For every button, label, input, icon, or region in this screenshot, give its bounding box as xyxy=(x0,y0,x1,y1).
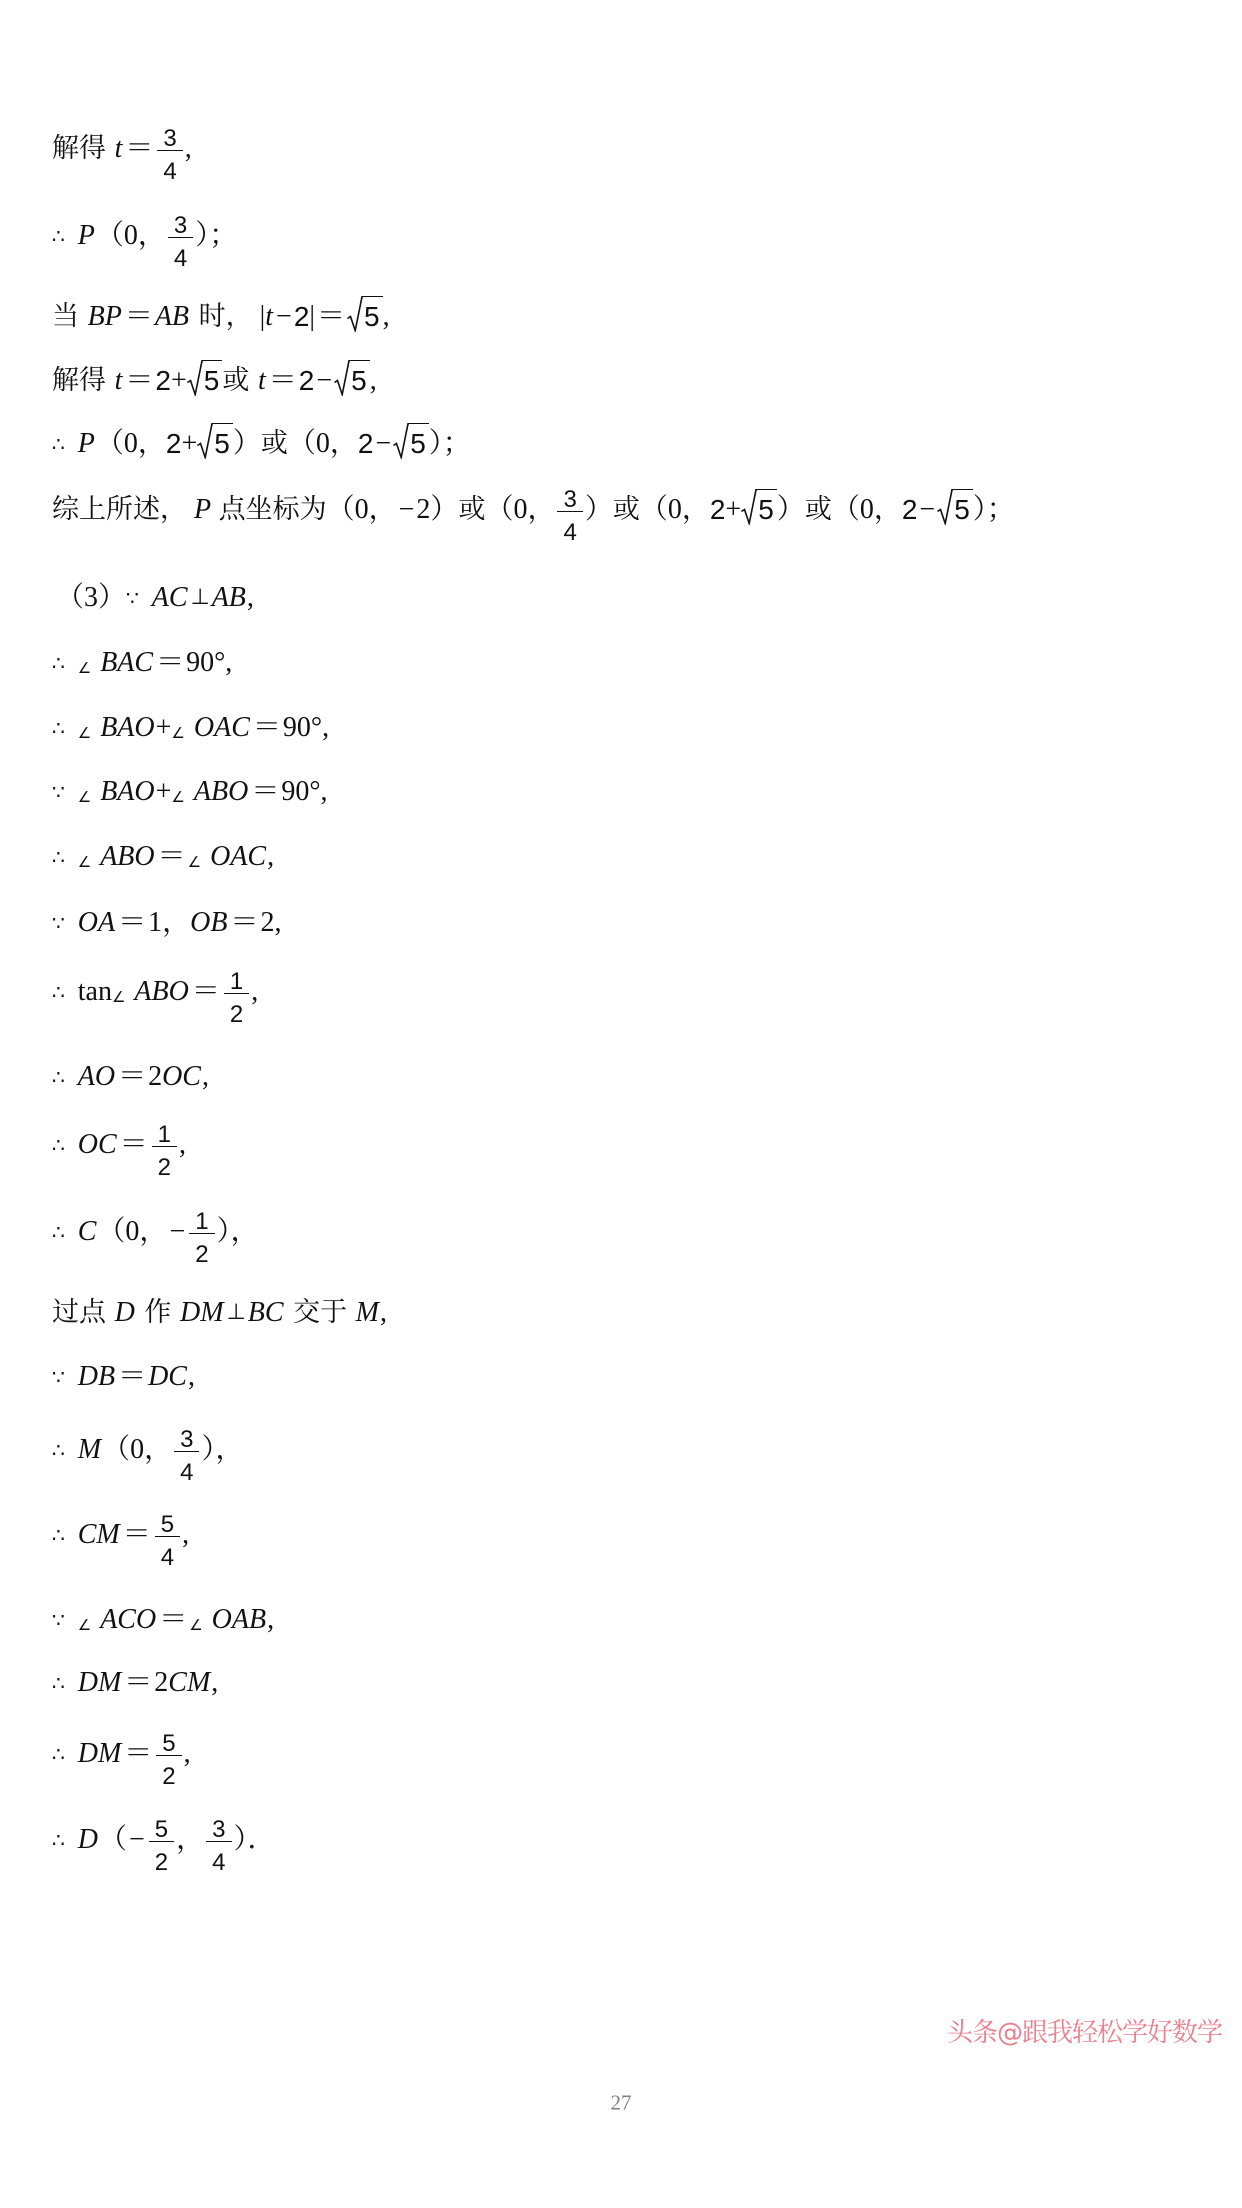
math-text: ， xyxy=(176,1823,204,1857)
math-variable: DM xyxy=(78,1666,123,1700)
fraction: 52 xyxy=(149,1818,174,1874)
chinese-text: 或 xyxy=(613,494,640,526)
square-root: 5 xyxy=(937,489,973,525)
chinese-text: 或 xyxy=(805,494,832,526)
math-variable: OAC xyxy=(210,840,267,874)
fraction-denominator: 2 xyxy=(189,1234,214,1266)
therefore-symbol: ∴ xyxy=(52,1523,65,1547)
math-text: , xyxy=(247,581,254,615)
fraction-denominator: 2 xyxy=(152,1147,177,1179)
therefore-symbol: ∴ xyxy=(52,980,65,1004)
math-text: （0， xyxy=(102,1433,172,1467)
fraction-denominator: 4 xyxy=(155,1537,180,1569)
math-variable: ACO xyxy=(100,1603,157,1637)
chinese-text: 当 xyxy=(52,301,88,333)
math-text: , xyxy=(184,1737,191,1771)
fraction-numerator: 5 xyxy=(149,1818,174,1841)
math-number: 2 xyxy=(166,427,182,461)
angle-symbol: ∠ xyxy=(171,788,184,806)
math-variable: BAO xyxy=(100,711,155,745)
math-operator: ＝ xyxy=(118,1060,146,1094)
radicand: 5 xyxy=(203,360,223,396)
math-operator: − xyxy=(919,493,935,527)
math-operator: ＝ xyxy=(120,1128,148,1162)
angle-symbol: ∠ xyxy=(78,659,91,677)
math-variable: CM xyxy=(78,1518,121,1552)
radical-sign-icon xyxy=(741,489,757,525)
math-operator: ＝ xyxy=(124,1737,152,1771)
square-root: 5 xyxy=(197,423,233,459)
chinese-text: 点坐标为 xyxy=(219,494,327,526)
document-page: 解得 t＝34,∴P（0，34）；当 BP＝AB 时， |t−2|＝5,解得 t… xyxy=(0,0,1242,2208)
chinese-text: 综上所述， xyxy=(52,494,187,526)
math-variable: OC xyxy=(78,1128,118,1162)
math-variable: DM xyxy=(78,1737,123,1771)
math-variable: OB xyxy=(190,906,228,940)
fraction: 12 xyxy=(152,1123,177,1179)
math-number: 2 xyxy=(358,427,374,461)
therefore-symbol: ∴ xyxy=(52,651,65,675)
fraction-numerator: 3 xyxy=(174,1428,199,1451)
fraction-numerator: 3 xyxy=(557,488,582,511)
math-variable: t xyxy=(258,364,267,398)
fraction-denominator: 2 xyxy=(224,994,249,1026)
therefore-symbol: ∴ xyxy=(52,1133,65,1157)
math-variable: M xyxy=(356,1296,380,1330)
math-variable: OAC xyxy=(194,711,251,745)
math-text: , xyxy=(211,1666,218,1700)
math-text: 2 xyxy=(148,1060,162,1094)
radicand: 5 xyxy=(409,423,429,459)
math-operator: − xyxy=(316,364,332,398)
math-text: , xyxy=(185,132,192,166)
math-text: 90°, xyxy=(281,775,327,809)
angle-symbol: ∠ xyxy=(171,724,184,742)
math-text: 2 xyxy=(154,1666,168,1700)
math-variable: AC xyxy=(152,581,189,615)
math-operator: ＝ xyxy=(125,300,153,334)
math-text: （0， xyxy=(288,427,358,461)
math-text: ）． xyxy=(234,1823,276,1857)
math-text: （0， xyxy=(485,493,555,527)
perpendicular-symbol: ⊥ xyxy=(191,585,210,611)
math-text: ） xyxy=(585,493,613,527)
math-operator: − xyxy=(276,300,292,334)
math-operator: ＝ xyxy=(253,711,281,745)
math-text: 90°, xyxy=(186,646,232,680)
math-text: 2） xyxy=(416,493,458,527)
math-operator: ＝ xyxy=(123,1518,151,1552)
math-text: , xyxy=(267,840,274,874)
fraction-numerator: 1 xyxy=(224,970,249,993)
math-number: 2 xyxy=(902,493,918,527)
fraction: 12 xyxy=(189,1210,214,1266)
because-symbol: ∵ xyxy=(52,780,65,804)
math-variable: BC xyxy=(248,1296,285,1330)
because-symbol: ∵ xyxy=(52,1608,65,1632)
fraction-denominator: 2 xyxy=(156,1756,181,1788)
fraction-denominator: 4 xyxy=(168,238,193,270)
math-text: ）， xyxy=(201,1433,243,1467)
math-variable: OAB xyxy=(212,1603,267,1637)
math-variable: DC xyxy=(148,1360,188,1394)
math-text: 2, xyxy=(260,906,281,940)
fraction-denominator: 4 xyxy=(557,512,582,544)
square-root: 5 xyxy=(347,296,383,332)
chinese-text: 解得 xyxy=(52,365,115,397)
chinese-text: 解得 xyxy=(52,133,115,165)
math-operator: ＝ xyxy=(156,646,184,680)
math-text: （0， xyxy=(96,427,166,461)
math-variable: CM xyxy=(168,1666,211,1700)
math-operator: ＝ xyxy=(230,906,258,940)
math-variable: t xyxy=(115,364,124,398)
square-root: 5 xyxy=(334,360,370,396)
radical-sign-icon xyxy=(334,360,350,396)
chinese-text: 交于 xyxy=(285,1297,356,1329)
math-variable: AB xyxy=(155,300,190,334)
math-text: （0， xyxy=(327,493,397,527)
because-symbol: ∵ xyxy=(52,1365,65,1389)
because-symbol: ∵ xyxy=(126,586,139,610)
fraction-numerator: 1 xyxy=(189,1210,214,1233)
math-text: （0， xyxy=(640,493,710,527)
angle-symbol: ∠ xyxy=(189,1616,202,1634)
therefore-symbol: ∴ xyxy=(52,1671,65,1695)
math-variable: BAC xyxy=(100,646,154,680)
math-operator: ＝ xyxy=(124,1666,152,1700)
therefore-symbol: ∴ xyxy=(52,1742,65,1766)
math-operator: ＝ xyxy=(159,1603,187,1637)
math-variable: D xyxy=(115,1296,136,1330)
math-text: tan xyxy=(78,975,112,1009)
math-text: （3） xyxy=(56,581,126,615)
math-operator: ＝ xyxy=(125,132,153,166)
fraction-numerator: 1 xyxy=(152,1123,177,1146)
math-text: + xyxy=(725,493,741,527)
math-variable: DM xyxy=(180,1296,225,1330)
fraction: 54 xyxy=(155,1513,180,1569)
fraction-denominator: 4 xyxy=(157,151,182,183)
fraction-denominator: 4 xyxy=(206,1842,231,1874)
math-operator: − xyxy=(129,1823,145,1857)
chinese-text: 作 xyxy=(136,1297,180,1329)
math-operator: ＝ xyxy=(125,364,153,398)
math-variable: t xyxy=(115,132,124,166)
math-operator: ＝ xyxy=(269,364,297,398)
math-text: + xyxy=(171,364,187,398)
math-text: + xyxy=(156,775,172,809)
math-text: + xyxy=(181,427,197,461)
math-text: | xyxy=(309,300,315,334)
math-variable: BAO xyxy=(100,775,155,809)
therefore-symbol: ∴ xyxy=(52,224,65,248)
therefore-symbol: ∴ xyxy=(52,1220,65,1244)
math-variable: OC xyxy=(162,1060,202,1094)
math-variable: t xyxy=(265,300,274,334)
math-variable: P xyxy=(78,219,96,253)
math-variable: BP xyxy=(88,300,123,334)
math-number: 2 xyxy=(299,364,315,398)
math-text: （0， xyxy=(97,1215,167,1249)
math-text: + xyxy=(156,711,172,745)
fraction: 34 xyxy=(206,1818,231,1874)
radical-sign-icon xyxy=(187,360,203,396)
math-number: 2 xyxy=(710,493,726,527)
fraction-numerator: 3 xyxy=(206,1818,231,1841)
math-variable: AB xyxy=(212,581,247,615)
fraction-numerator: 3 xyxy=(168,214,193,237)
math-operator: − xyxy=(375,427,391,461)
math-text: （0， xyxy=(96,219,166,253)
therefore-symbol: ∴ xyxy=(52,716,65,740)
math-number: 2 xyxy=(294,300,310,334)
square-root: 5 xyxy=(741,489,777,525)
radical-sign-icon xyxy=(937,489,953,525)
math-operator: ＝ xyxy=(118,1360,146,1394)
radicand: 5 xyxy=(213,423,233,459)
fraction: 52 xyxy=(156,1732,181,1788)
radical-sign-icon xyxy=(393,423,409,459)
math-text: （0， xyxy=(832,493,902,527)
math-variable: D xyxy=(78,1823,99,1857)
math-text: ）； xyxy=(973,493,1015,527)
math-variable: M xyxy=(78,1433,102,1467)
math-operator: − xyxy=(169,1215,185,1249)
math-operator: − xyxy=(399,493,415,527)
fraction: 34 xyxy=(168,214,193,270)
math-text: ）； xyxy=(429,427,471,461)
math-number: 2 xyxy=(155,364,171,398)
perpendicular-symbol: ⊥ xyxy=(227,1300,246,1326)
math-text: , xyxy=(267,1603,274,1637)
fraction: 12 xyxy=(224,970,249,1026)
therefore-symbol: ∴ xyxy=(52,1828,65,1852)
square-root: 5 xyxy=(393,423,429,459)
angle-symbol: ∠ xyxy=(78,788,91,806)
math-text: ）， xyxy=(217,1215,259,1249)
fraction-denominator: 4 xyxy=(174,1452,199,1484)
math-variable: P xyxy=(78,427,96,461)
math-variable: P xyxy=(187,493,219,527)
math-operator: ＝ xyxy=(251,775,279,809)
chinese-text: 或 xyxy=(458,494,485,526)
math-variable: DB xyxy=(78,1360,116,1394)
math-text: , xyxy=(182,1518,189,1552)
therefore-symbol: ∴ xyxy=(52,432,65,456)
radicand: 5 xyxy=(757,489,777,525)
math-text: , xyxy=(202,1060,209,1094)
because-symbol: ∵ xyxy=(52,911,65,935)
angle-symbol: ∠ xyxy=(78,1616,91,1634)
therefore-symbol: ∴ xyxy=(52,1065,65,1089)
chinese-text: 或 xyxy=(261,428,288,460)
math-text: , xyxy=(383,300,390,334)
chinese-text: 或 xyxy=(222,365,258,397)
math-text: , xyxy=(179,1128,186,1162)
math-variable: ABO xyxy=(194,775,249,809)
math-operator: ＝ xyxy=(192,975,220,1009)
math-operator: ＝ xyxy=(158,840,186,874)
fraction: 34 xyxy=(174,1428,199,1484)
chinese-text: 过点 xyxy=(52,1297,115,1329)
math-variable: ABO xyxy=(134,975,189,1009)
fraction-numerator: 5 xyxy=(155,1513,180,1536)
angle-symbol: ∠ xyxy=(112,988,125,1006)
therefore-symbol: ∴ xyxy=(52,1438,65,1462)
math-text: , xyxy=(251,975,258,1009)
math-text: 1， xyxy=(148,906,190,940)
radicand: 5 xyxy=(350,360,370,396)
watermark: 头条@跟我轻松学好数学 xyxy=(947,2020,1222,2046)
math-operator: ＝ xyxy=(317,300,345,334)
therefore-symbol: ∴ xyxy=(52,845,65,869)
radicand: 5 xyxy=(953,489,973,525)
math-variable: OA xyxy=(78,906,116,940)
math-variable: C xyxy=(78,1215,98,1249)
fraction: 34 xyxy=(157,127,182,183)
square-root: 5 xyxy=(187,360,223,396)
math-text: , xyxy=(188,1360,195,1394)
math-text: ）； xyxy=(195,219,237,253)
fraction-numerator: 3 xyxy=(157,127,182,150)
math-text: （ xyxy=(99,1823,127,1857)
math-operator: ＝ xyxy=(118,906,146,940)
math-variable: AO xyxy=(78,1060,116,1094)
math-text: , xyxy=(370,364,377,398)
math-text: , xyxy=(380,1296,387,1330)
chinese-text: 时， xyxy=(190,301,253,333)
radical-sign-icon xyxy=(347,296,363,332)
math-text: 90°, xyxy=(283,711,329,745)
math-variable: ABO xyxy=(100,840,155,874)
math-text: ） xyxy=(777,493,805,527)
fraction-denominator: 2 xyxy=(149,1842,174,1874)
angle-symbol: ∠ xyxy=(78,853,91,871)
fraction-numerator: 5 xyxy=(156,1732,181,1755)
math-text: | xyxy=(253,300,266,334)
fraction: 34 xyxy=(557,488,582,544)
page-number: 27 xyxy=(0,2093,1242,2114)
math-text: ） xyxy=(233,427,261,461)
angle-symbol: ∠ xyxy=(78,724,91,742)
angle-symbol: ∠ xyxy=(188,853,201,871)
radical-sign-icon xyxy=(197,423,213,459)
radicand: 5 xyxy=(363,296,383,332)
